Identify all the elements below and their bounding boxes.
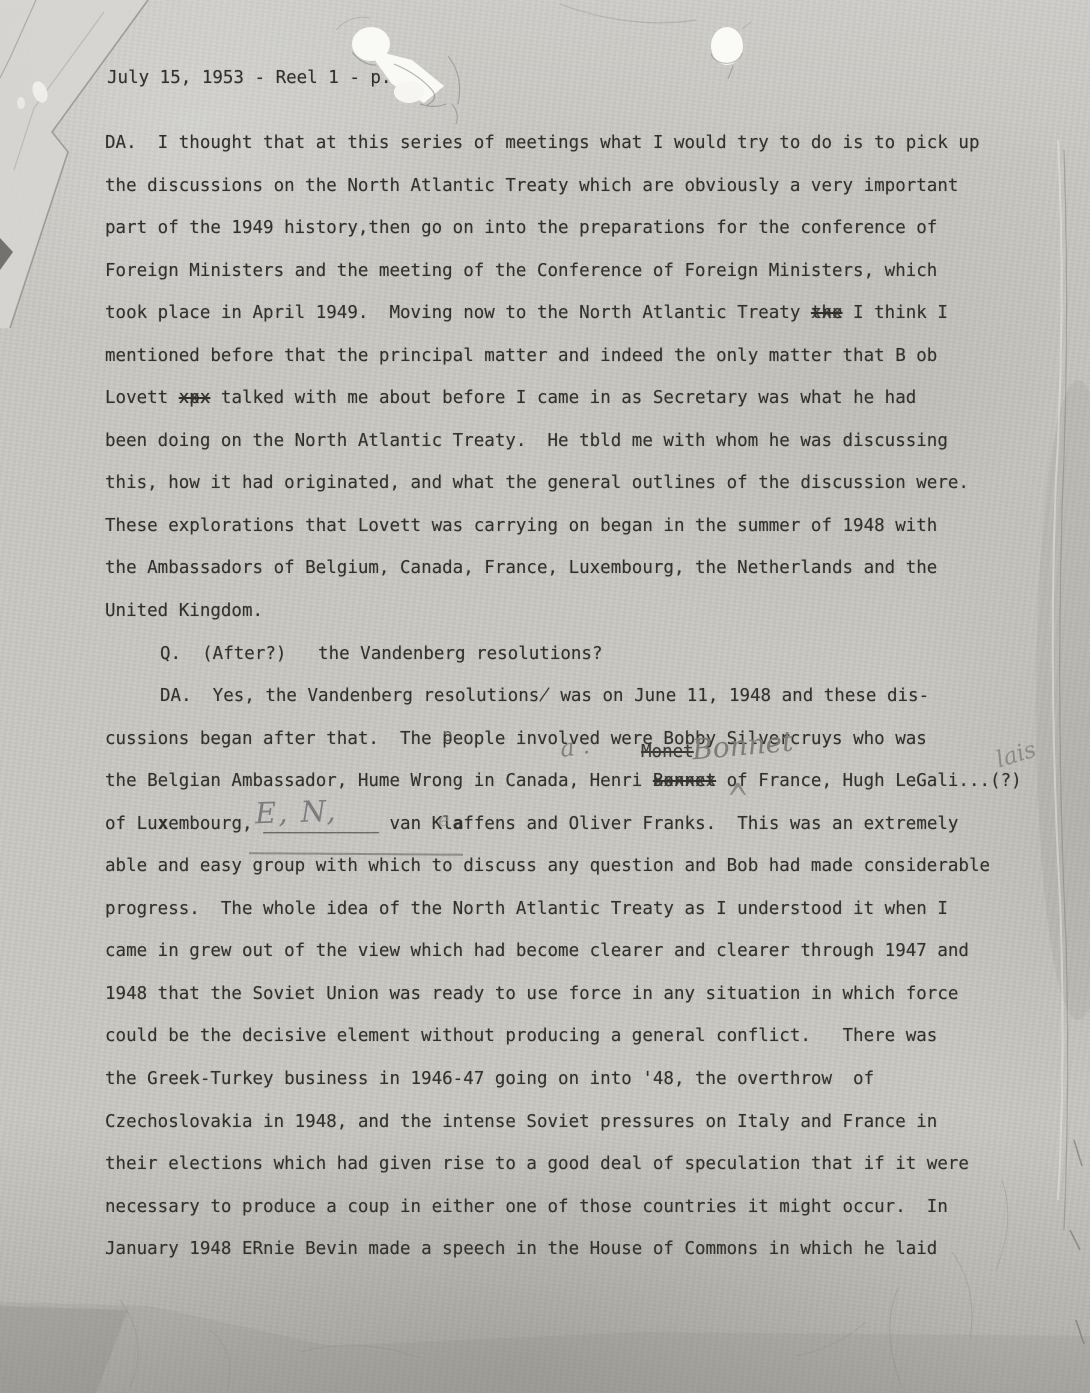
typed-segment-x: the — [811, 292, 843, 335]
typed-line: Czechoslovakia in 1948, and the intense … — [105, 1101, 1045, 1144]
typed-line: necessary to produce a coup in either on… — [105, 1186, 1045, 1229]
typed-strikeout-monet: Monet — [641, 742, 694, 762]
typed-segment: Q. (After?) the Vandenberg resolutions? — [160, 644, 603, 664]
typed-line: the Belgian Ambassador, Hume Wrong in Ca… — [105, 760, 1045, 803]
typed-segment: DA. Yes, the Vandenberg resolutions̸ was… — [160, 686, 929, 706]
typed-segment: took place in April 1949. Moving now to … — [105, 303, 811, 323]
typed-segment: ffens and Oliver Franks. This was an ext… — [463, 814, 958, 834]
handwritten-caret-mark: ^ — [727, 776, 749, 827]
typed-line: part of the 1949 history,then go on into… — [105, 207, 1045, 250]
typed-segment: their elections which had given rise to … — [105, 1154, 969, 1174]
typed-segment: United Kingdom. — [105, 601, 263, 621]
typed-segment: Foreign Ministers and the meeting of the… — [105, 261, 937, 281]
typed-segment: 1948 that the Soviet Union was ready to … — [105, 984, 958, 1004]
typed-line: the Ambassadors of Belgium, Canada, Fran… — [105, 547, 1045, 590]
typed-segment: the Greek-Turkey business in 1946-47 goi… — [105, 1069, 874, 1089]
typed-line: could be the decisive element without pr… — [105, 1015, 1045, 1058]
typed-segment-x: xpx — [179, 377, 211, 420]
typed-line: been doing on the North Atlantic Treaty.… — [105, 420, 1045, 463]
punch-hole-right — [711, 22, 751, 79]
typed-segment: necessary to produce a coup in either on… — [105, 1197, 948, 1217]
typed-segment: cussions began after that. The — [105, 729, 442, 749]
typed-line: the discussions on the North Atlantic Tr… — [105, 165, 1045, 208]
typed-segment: Lovett — [105, 388, 179, 408]
typed-line: January 1948 ERnie Bevin made a speech i… — [105, 1228, 1045, 1271]
typed-line: this, how it had originated, and what th… — [105, 462, 1045, 505]
typed-line: DA. Yes, the Vandenberg resolutions̸ was… — [105, 675, 1045, 718]
typed-segment: the Belgian Ambassador, Hume Wrong in Ca… — [105, 771, 653, 791]
typed-segment-hv: a — [453, 814, 464, 834]
typed-segment: could be the decisive element without pr… — [105, 1026, 937, 1046]
header-line: July 15, 1953 - Reel 1 - p. — [107, 68, 391, 88]
typed-line: able and easy group with which to discus… — [105, 845, 1045, 888]
typed-segment: I think I — [843, 303, 948, 323]
typed-segment: These explorations that Lovett was carry… — [105, 516, 937, 536]
typed-segment: of France, Hugh LeGali...(?) — [716, 771, 1022, 791]
typed-segment: this, how it had originated, and what th… — [105, 473, 969, 493]
typed-segment: DA. I thought that at this series of mee… — [105, 133, 979, 153]
typed-line: United Kingdom. — [105, 590, 1045, 633]
typed-segment-hv: x — [158, 814, 169, 834]
handwritten-blank-fill: E, N, — [254, 794, 337, 831]
typed-line: of Luxembourg, ___________ van Klaffens … — [105, 803, 1045, 846]
typed-line: These explorations that Lovett was carry… — [105, 505, 1045, 548]
typed-segment: able and easy group with which to discus… — [105, 856, 990, 876]
typed-line: came in grew out of the view which had b… — [105, 930, 1045, 973]
typed-line: Lovett xpx talked with me about before I… — [105, 377, 1045, 420]
handwritten-e-correction: e — [438, 809, 449, 831]
typed-line: took place in April 1949. Moving now to … — [105, 292, 1045, 335]
typed-line: Foreign Ministers and the meeting of the… — [105, 250, 1045, 293]
typed-text-block: DA. I thought that at this series of mee… — [105, 122, 1045, 1271]
typed-segment: came in grew out of the view which had b… — [105, 941, 969, 961]
typed-line: their elections which had given rise to … — [105, 1143, 1045, 1186]
typed-segment: January 1948 ERnie Bevin made a speech i… — [105, 1239, 937, 1259]
handwritten-a-mark: a . — [558, 731, 591, 763]
typed-segment: embourg, — [168, 814, 263, 834]
typed-line: 1948 that the Soviet Union was ready to … — [105, 973, 1045, 1016]
typed-segment: of Lu — [105, 814, 158, 834]
typed-segment: the discussions on the North Atlantic Tr… — [105, 176, 958, 196]
bottom-shade — [0, 1302, 1090, 1393]
typed-segment-ot: p — [442, 729, 453, 749]
typed-segment: mentioned before that the principal matt… — [105, 346, 937, 366]
typed-segment: the Ambassadors of Belgium, Canada, Fran… — [105, 558, 937, 578]
typed-line: the Greek-Turkey business in 1946-47 goi… — [105, 1058, 1045, 1101]
typed-segment: part of the 1949 history,then go on into… — [105, 218, 937, 238]
typed-segment: progress. The whole idea of the North At… — [105, 899, 948, 919]
typed-line: progress. The whole idea of the North At… — [105, 888, 1045, 931]
scanned-transcript-page: July 15, 1953 - Reel 1 - p. DA. I though… — [0, 0, 1090, 1393]
typed-segment: been doing on the North Atlantic Treaty.… — [105, 431, 948, 451]
typed-line: Q. (After?) the Vandenberg resolutions? — [105, 633, 1045, 676]
typed-segment: talked with me about before I came in as… — [210, 388, 916, 408]
typed-line: DA. I thought that at this series of mee… — [105, 122, 1045, 165]
typed-segment: Czechoslovakia in 1948, and the intense … — [105, 1112, 937, 1132]
typed-line: mentioned before that the principal matt… — [105, 335, 1045, 378]
typed-segment-x: Bonnet — [653, 760, 716, 803]
